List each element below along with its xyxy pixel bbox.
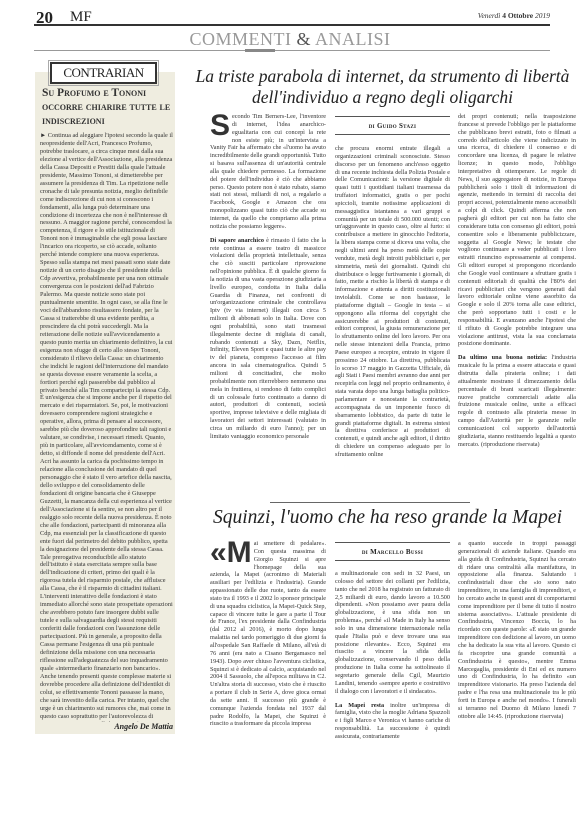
section-rule-marker bbox=[245, 49, 275, 52]
issue-date: Venerdì 4 Ottobre 2019 bbox=[478, 11, 550, 20]
date-day: Venerdì bbox=[478, 11, 501, 20]
contrarian-label: CONTRARIAN bbox=[50, 62, 157, 84]
date-main: 4 Ottobre bbox=[502, 11, 533, 20]
article2-col1: «Mai smettere di pedalare». Con questa m… bbox=[210, 540, 326, 765]
article1-byline-block: di Guido Stazi bbox=[335, 116, 450, 135]
section-title: COMMENTI & ANALISI bbox=[0, 29, 580, 50]
article1-col1-text-b: è rimasto il fatto che la rete continua … bbox=[210, 237, 326, 440]
article2-subhead: La Mapei resta bbox=[335, 702, 384, 709]
section-rule bbox=[34, 50, 550, 51]
section-left: COMMENTI bbox=[189, 29, 291, 49]
article1-subhead1: Di sapore anarchico bbox=[210, 237, 264, 244]
article2-col2-text: a multinazionale con sedi in 32 Paesi, u… bbox=[335, 570, 450, 695]
contrarian-signature: Angelo De Mattia bbox=[40, 722, 173, 731]
article2-col3: a quanto succede in troppi passaggi gene… bbox=[458, 540, 576, 765]
section-right: ANALISI bbox=[315, 29, 391, 49]
article1-dropcap: S bbox=[210, 114, 230, 138]
article1-col3-text: dei propri contenuti; nella trasposizion… bbox=[458, 113, 576, 347]
date-year: 2019 bbox=[535, 11, 550, 20]
article1-byline: di Guido Stazi bbox=[335, 122, 450, 130]
article1-col3: dei propri contenuti; nella trasposizion… bbox=[458, 113, 576, 501]
article2-col2: a multinazionale con sedi in 32 Paesi, u… bbox=[335, 570, 450, 765]
article2-byline-block: di Marcello Bussi bbox=[335, 542, 450, 561]
header-rule bbox=[34, 24, 550, 26]
article2-dropcap: «M bbox=[210, 541, 252, 565]
article1-col2: che procura enormi entrate illegali a or… bbox=[335, 145, 450, 501]
article1-subhead2: Da ultimo una buona notizia: bbox=[458, 354, 547, 361]
byline-rule-bottom bbox=[335, 134, 450, 135]
article2-headline: Squinzi, l'uomo che ha reso grande la Ma… bbox=[195, 507, 580, 529]
contrarian-title: Su Profumo e Tononi occorre chiarire tut… bbox=[42, 86, 172, 128]
byline-rule-top bbox=[335, 542, 450, 543]
byline-rule-top bbox=[335, 116, 450, 117]
article1-headline: La triste parabola di internet, da strum… bbox=[185, 66, 580, 108]
article2-byline: di Marcello Bussi bbox=[335, 548, 450, 556]
byline-rule-bottom bbox=[335, 560, 450, 561]
section-amp: & bbox=[296, 29, 311, 49]
article1-col1: Secondo Tim Berners-Lee, l'inventore di … bbox=[210, 113, 326, 501]
article1-col3-text-b: l'industria musicale fu la prima a esser… bbox=[458, 354, 576, 447]
article-divider bbox=[270, 502, 470, 503]
contrarian-body: ► Continua ad aleggiare l'ipotesi second… bbox=[40, 132, 173, 722]
